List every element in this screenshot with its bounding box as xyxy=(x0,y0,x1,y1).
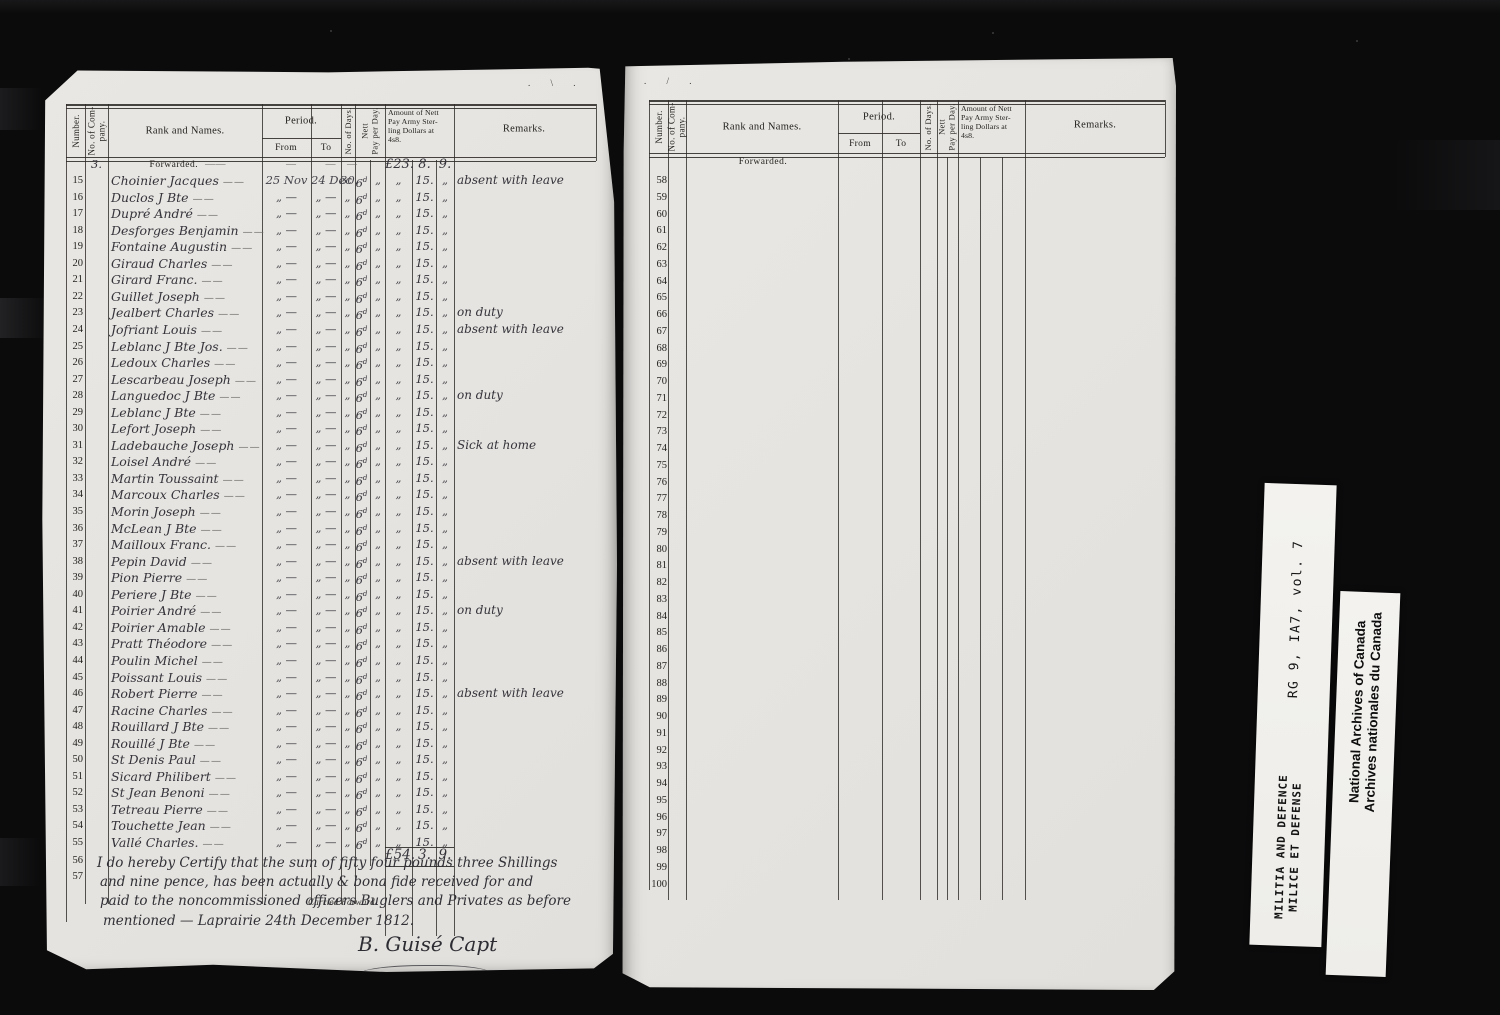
column-header-period: Period. xyxy=(285,116,317,127)
nett-pay-ditto: „ xyxy=(370,255,386,272)
period-to-cell: „ — xyxy=(311,586,341,603)
pay-row: 81 xyxy=(622,557,1176,574)
pay-row: 83 xyxy=(622,591,1176,608)
pay-row: 75 xyxy=(622,457,1176,474)
pay-row: 22 Guillet Joseph— — „ — „ — „ 6d „ „ 15… xyxy=(40,288,617,305)
period-from-cell: „ — xyxy=(262,586,311,603)
row-number: 65 xyxy=(649,289,667,306)
period-from-cell: „ — xyxy=(262,520,311,537)
amount-pence-cell: „ xyxy=(436,702,454,719)
nett-pay-ditto: „ xyxy=(370,685,386,702)
amount-shillings-cell: 15. xyxy=(412,255,437,272)
period-to-cell: „ — xyxy=(311,271,341,288)
period-divider xyxy=(838,133,920,134)
certification-line: and nine pence, has been actually & bona… xyxy=(100,874,533,890)
nett-pay-ditto: „ xyxy=(370,486,386,503)
pay-row: 68 xyxy=(622,340,1176,357)
row-number: 39 xyxy=(66,569,83,586)
row-number: 44 xyxy=(66,652,83,669)
column-header-company: No. of Com- pany. xyxy=(668,102,687,151)
amount-shillings-cell: 15. xyxy=(412,702,437,719)
pay-row: 37 Mailloux Franc.— — „ — „ — „ 6d „ „ 1… xyxy=(40,536,617,553)
pay-row: 62 xyxy=(622,239,1176,256)
film-band xyxy=(0,0,1500,14)
pay-row: 63 xyxy=(622,256,1176,273)
certification-line: I do hereby Certify that the sum of fift… xyxy=(97,855,557,871)
film-band xyxy=(1394,140,1500,210)
row-number: 30 xyxy=(66,420,83,437)
pay-row: 90 xyxy=(622,708,1176,725)
period-from-cell: „ — xyxy=(262,420,311,437)
amount-pence-cell: „ xyxy=(436,271,454,288)
nett-pay-ditto: „ xyxy=(370,404,386,421)
row-number: 60 xyxy=(649,206,667,223)
row-number: 28 xyxy=(66,387,83,404)
company-number: 3. xyxy=(85,156,108,173)
amount-pounds-cell: „ xyxy=(385,189,412,206)
pay-row: 94 xyxy=(622,775,1176,792)
row-number: 87 xyxy=(649,658,667,675)
amount-shillings: 8. xyxy=(412,156,437,173)
row-number: 93 xyxy=(649,758,667,775)
nett-pay-ditto: „ xyxy=(370,702,386,719)
certification-line: paid to the noncommissioned officers Bug… xyxy=(100,893,571,909)
amount-shillings-cell: 15. xyxy=(412,453,437,470)
row-number: 31 xyxy=(66,437,83,454)
nett-pay-ditto: „ xyxy=(370,602,386,619)
amount-shillings-cell: 15. xyxy=(412,569,437,586)
remark-cell: on duty xyxy=(457,602,597,619)
amount-pounds-cell: „ xyxy=(385,205,412,222)
nett-pay-ditto: „ xyxy=(370,569,386,586)
period-from-cell: „ — xyxy=(262,652,311,669)
column-header-nett-pay: Nett Pay per Day. xyxy=(938,103,957,150)
period-to-cell: „ — xyxy=(311,404,341,421)
row-number: 97 xyxy=(649,825,667,842)
amount-pounds-cell: „ xyxy=(385,619,412,636)
amount-pounds-cell: „ xyxy=(385,784,412,801)
pay-row: 29 Leblanc J Bte— — „ — „ — „ 6d „ „ 15.… xyxy=(40,404,617,421)
row-number: 52 xyxy=(66,784,83,801)
period-to-cell: „ — xyxy=(311,817,341,834)
pay-row: 19 Fontaine Augustin— — „ — „ — „ 6d „ „… xyxy=(40,238,617,255)
column-header-to: To xyxy=(321,143,332,153)
amount-pence-cell: „ xyxy=(436,718,454,735)
amount-pounds-cell: „ xyxy=(385,569,412,586)
ledger-left-page: . \ . Number. No. of Com- pany. Rank and… xyxy=(40,66,617,972)
pay-row: 66 xyxy=(622,306,1176,323)
column-header-number: Number. xyxy=(71,114,81,147)
row-number: 63 xyxy=(649,256,667,273)
amount-shillings-cell: 15. xyxy=(412,652,437,669)
period-to-cell: „ — xyxy=(311,470,341,487)
row-number: 53 xyxy=(66,801,83,818)
row-number: 98 xyxy=(649,842,667,859)
amount-pence-cell: „ xyxy=(436,536,454,553)
pay-row: 99 xyxy=(622,859,1176,876)
amount-pence-cell: „ xyxy=(436,222,454,239)
row-number: 58 xyxy=(649,172,667,189)
row-number: 32 xyxy=(66,453,83,470)
row-number: 64 xyxy=(649,273,667,290)
pay-row: 84 xyxy=(622,608,1176,625)
pay-row: 40 Periere J Bte— — „ — „ — „ 6d „ „ 15.… xyxy=(40,586,617,603)
row-number: 85 xyxy=(649,624,667,641)
nett-pay-ditto: „ xyxy=(370,586,386,603)
amount-pounds-cell: „ xyxy=(385,354,412,371)
row-number: 21 xyxy=(66,271,83,288)
pay-row: 16 Duclos J Bte— — „ — „ — „ 6d „ „ 15. … xyxy=(40,189,617,206)
period-to-cell: „ — xyxy=(311,338,341,355)
forwarded-label: Forwarded. xyxy=(688,154,838,171)
period-from-cell: „ — xyxy=(262,304,311,321)
signature-flourish xyxy=(360,965,490,974)
amount-pence-cell: „ xyxy=(436,371,454,388)
amount-pence-cell: „ xyxy=(436,470,454,487)
row-number: 75 xyxy=(649,457,667,474)
amount-pence-cell: „ xyxy=(436,189,454,206)
pay-row: 53 Tetreau Pierre— — „ — „ — „ 6d „ „ 15… xyxy=(40,801,617,818)
amount-shillings-cell: 15. xyxy=(412,172,437,189)
pay-row: 79 xyxy=(622,524,1176,541)
period-to-cell: „ — xyxy=(311,321,341,338)
column-header-nett-pay: Nett Pay per Day. xyxy=(361,107,380,154)
amount-shillings-cell: 15. xyxy=(412,635,437,652)
amount-pounds-cell: „ xyxy=(385,635,412,652)
table-rule xyxy=(1165,100,1166,157)
pay-row: 64 xyxy=(622,273,1176,290)
amount-pence-cell: „ xyxy=(436,453,454,470)
period-from-cell: „ — xyxy=(262,768,311,785)
amount-shillings-cell: 15. xyxy=(412,751,437,768)
period-to-cell: „ — xyxy=(311,354,341,371)
pay-row: 76 xyxy=(622,474,1176,491)
column-header-from: From xyxy=(275,143,297,153)
amount-shillings-cell: 15. xyxy=(412,718,437,735)
remark-cell: absent with leave xyxy=(457,172,597,189)
row-number: 56 xyxy=(66,852,83,869)
amount-shillings-cell: 15. xyxy=(412,486,437,503)
certification-line: mentioned — Laprairie 24th December 1812… xyxy=(103,913,414,929)
amount-pounds-cell: „ xyxy=(385,652,412,669)
amount-pounds-cell: „ xyxy=(385,304,412,321)
pay-row: 30 Lefort Joseph— — „ — „ — „ 6d „ „ 15.… xyxy=(40,420,617,437)
row-number: 49 xyxy=(66,735,83,752)
period-to-cell: „ — xyxy=(311,222,341,239)
row-number: 69 xyxy=(649,356,667,373)
nett-pay-ditto: „ xyxy=(370,321,386,338)
amount-shillings-cell: 15. xyxy=(412,784,437,801)
row-number: 45 xyxy=(66,669,83,686)
pay-row: 74 xyxy=(622,440,1176,457)
row-number: 72 xyxy=(649,407,667,424)
amount-pence-cell: „ xyxy=(436,751,454,768)
ink-marks: . \ . xyxy=(528,78,585,88)
amount-pounds-cell: „ xyxy=(385,768,412,785)
amount-pounds-cell: „ xyxy=(385,702,412,719)
period-to-cell: „ — xyxy=(311,453,341,470)
period-to-cell: „ — xyxy=(311,669,341,686)
row-number: 91 xyxy=(649,725,667,742)
row-number: 33 xyxy=(66,470,83,487)
amount-pounds-cell: „ xyxy=(385,553,412,570)
pay-row: 17 Dupré André— — „ — „ — „ 6d „ „ 15. „ xyxy=(40,205,617,222)
amount-shillings-cell: 15. xyxy=(412,387,437,404)
period-from-cell: „ — xyxy=(262,503,311,520)
period-to-cell: „ — xyxy=(311,189,341,206)
row-number: 73 xyxy=(649,423,667,440)
period-from-cell: „ — xyxy=(262,569,311,586)
amount-shillings-cell: 15. xyxy=(412,205,437,222)
national-archives-strip: National Archives of Canada Archives nat… xyxy=(1326,591,1401,977)
pay-row: 85 xyxy=(622,624,1176,641)
nett-pay-ditto: „ xyxy=(370,635,386,652)
amount-pence-cell: „ xyxy=(436,801,454,818)
row-number: 96 xyxy=(649,809,667,826)
row-number: 22 xyxy=(66,288,83,305)
period-to-cell: „ — xyxy=(311,503,341,520)
amount-pounds-cell: „ xyxy=(385,420,412,437)
amount-pence-cell: „ xyxy=(436,437,454,454)
period-from-cell: „ — xyxy=(262,271,311,288)
table-rule xyxy=(66,108,596,109)
row-number: 46 xyxy=(66,685,83,702)
period-to-cell: „ — xyxy=(311,569,341,586)
row-number: 51 xyxy=(66,768,83,785)
row-number: 54 xyxy=(66,817,83,834)
amount-shillings-cell: 15. xyxy=(412,470,437,487)
row-number: 17 xyxy=(66,205,83,222)
row-number: 50 xyxy=(66,751,83,768)
amount-shillings-cell: 15. xyxy=(412,801,437,818)
nett-pay-ditto: „ xyxy=(370,238,386,255)
amount-pence-cell: „ xyxy=(436,486,454,503)
row-number: 38 xyxy=(66,553,83,570)
row-number: 23 xyxy=(66,304,83,321)
period-to-cell: „ — xyxy=(311,801,341,818)
amount-shillings-cell: 15. xyxy=(412,735,437,752)
period-to-cell: „ — xyxy=(311,553,341,570)
pay-row: 59 xyxy=(622,189,1176,206)
pay-row: 58 xyxy=(622,172,1176,189)
period-from-cell: 25 Nov xyxy=(262,172,311,189)
amount-shillings-cell: 15. xyxy=(412,685,437,702)
amount-shillings-cell: 15. xyxy=(412,189,437,206)
ledger-right-page: . / . Number. No. of Com- pany. Rank and… xyxy=(622,58,1176,990)
pay-row: 97 xyxy=(622,825,1176,842)
row-number: 61 xyxy=(649,222,667,239)
nett-pay-ditto: „ xyxy=(370,503,386,520)
row-number: 29 xyxy=(66,404,83,421)
column-header-remarks: Remarks. xyxy=(1074,120,1116,131)
amount-pence-cell: „ xyxy=(436,420,454,437)
row-number: 90 xyxy=(649,708,667,725)
amount-pence-cell: „ xyxy=(436,304,454,321)
amount-shillings-cell: 15. xyxy=(412,338,437,355)
column-header-number: Number. xyxy=(654,110,664,143)
pay-row: 18 Desforges Benjamin— — „ — „ — „ 6d „ … xyxy=(40,222,617,239)
amount-pence-cell: „ xyxy=(436,321,454,338)
amount-pounds-cell: „ xyxy=(385,271,412,288)
film-band xyxy=(0,88,42,130)
nett-pay-ditto: „ xyxy=(370,354,386,371)
nett-pay-ditto: „ xyxy=(370,669,386,686)
pay-row: 89 xyxy=(622,691,1176,708)
row-number: 100 xyxy=(649,876,667,893)
film-speck xyxy=(330,30,332,32)
pay-row: 80 xyxy=(622,541,1176,558)
forwarded-row: 3. Forwarded. — — — — — £23. 8. 9. xyxy=(40,156,617,173)
column-header-days: No. of Days. xyxy=(923,103,933,150)
pay-row: 23 Jealbert Charles— — „ — „ — „ 6d „ „ … xyxy=(40,304,617,321)
row-number: 34 xyxy=(66,486,83,503)
amount-pence-cell: „ xyxy=(436,652,454,669)
amount-shillings-cell: 15. xyxy=(412,222,437,239)
amount-pence-cell: „ xyxy=(436,172,454,189)
pay-row: 31 Ladebauche Joseph— — „ — „ — „ 6d „ „… xyxy=(40,437,617,454)
row-number: 27 xyxy=(66,371,83,388)
archive-reference-strip: RG 9, IA7, vol. 7 MILITIA AND DEFENCE MI… xyxy=(1249,483,1336,947)
period-from-cell: „ — xyxy=(262,222,311,239)
pay-row: 69 xyxy=(622,356,1176,373)
column-header-amount: Amount of Nett Pay Army Ster- ling Dolla… xyxy=(388,108,452,144)
amount-pounds-cell: „ xyxy=(385,437,412,454)
pay-row: 21 Girard Franc.— — „ — „ — „ 6d „ „ 15.… xyxy=(40,271,617,288)
pay-row: 67 xyxy=(622,323,1176,340)
amount-pounds-cell: „ xyxy=(385,222,412,239)
pay-row: 91 xyxy=(622,725,1176,742)
period-from-cell: „ — xyxy=(262,437,311,454)
amount-pence-cell: „ xyxy=(436,669,454,686)
nett-pay-ditto: „ xyxy=(370,652,386,669)
pay-row: 52 St Jean Benoni— — „ — „ — „ 6d „ „ 15… xyxy=(40,784,617,801)
amount-pence-cell: „ xyxy=(436,602,454,619)
row-number: 74 xyxy=(649,440,667,457)
period-from-cell: „ — xyxy=(262,536,311,553)
amount-pence-cell: „ xyxy=(436,784,454,801)
row-number: 76 xyxy=(649,474,667,491)
table-rule xyxy=(66,104,596,106)
nett-pay-ditto: „ xyxy=(370,817,386,834)
nett-pay-ditto: „ xyxy=(370,271,386,288)
period-from-cell: „ — xyxy=(262,801,311,818)
pay-row: 98 xyxy=(622,842,1176,859)
pay-row: 20 Giraud Charles— — „ — „ — „ 6d „ „ 15… xyxy=(40,255,617,272)
pay-row: 78 xyxy=(622,507,1176,524)
row-number: 70 xyxy=(649,373,667,390)
period-to-cell: „ — xyxy=(311,288,341,305)
column-header-days: No. of Days. xyxy=(343,107,353,154)
column-header-to: To xyxy=(896,139,907,149)
amount-shillings-cell: 15. xyxy=(412,371,437,388)
row-number: 47 xyxy=(66,702,83,719)
nett-pay-ditto: „ xyxy=(370,222,386,239)
film-speck xyxy=(1356,40,1358,42)
pay-row: 47 Racine Charles— — „ — „ — „ 6d „ „ 15… xyxy=(40,702,617,719)
amount-pence-cell: „ xyxy=(436,685,454,702)
amount-pence-cell: „ xyxy=(436,520,454,537)
row-number: 80 xyxy=(649,541,667,558)
amount-pounds-cell: „ xyxy=(385,288,412,305)
captain-signature: B. Guisé Capt xyxy=(358,932,617,980)
nett-pay-ditto: „ xyxy=(370,768,386,785)
period-from-cell: „ — xyxy=(262,205,311,222)
amount-shillings-cell: 15. xyxy=(412,768,437,785)
pay-row: 26 Ledoux Charles— — „ — „ — „ 6d „ „ 15… xyxy=(40,354,617,371)
row-number: 94 xyxy=(649,775,667,792)
amount-pence-cell: „ xyxy=(436,635,454,652)
period-to-cell: „ — xyxy=(311,205,341,222)
period-to-cell: „ — xyxy=(311,536,341,553)
remark-cell: on duty xyxy=(457,387,597,404)
amount-pence-cell: „ xyxy=(436,238,454,255)
amount-pence-cell: „ xyxy=(436,288,454,305)
amount-shillings-cell: 15. xyxy=(412,404,437,421)
amount-pence-cell: „ xyxy=(436,619,454,636)
remark-cell: absent with leave xyxy=(457,685,597,702)
amount-pence-cell: „ xyxy=(436,503,454,520)
amount-shillings-cell: 15. xyxy=(412,669,437,686)
row-number: 88 xyxy=(649,675,667,692)
period-from-cell: „ — xyxy=(262,702,311,719)
amount-shillings-cell: 15. xyxy=(412,553,437,570)
amount-shillings-cell: 15. xyxy=(412,817,437,834)
period-from-cell: „ — xyxy=(262,238,311,255)
period-to-cell: „ — xyxy=(311,520,341,537)
amount-pounds-cell: „ xyxy=(385,718,412,735)
amount-shillings-cell: 15. xyxy=(412,619,437,636)
pay-row: 71 xyxy=(622,390,1176,407)
period-to-cell: „ — xyxy=(311,420,341,437)
remark-cell: Sick at home xyxy=(457,437,597,454)
row-number: 36 xyxy=(66,520,83,537)
pay-row: 72 xyxy=(622,407,1176,424)
nett-pay-ditto: „ xyxy=(370,735,386,752)
period-to-cell: „ — xyxy=(311,735,341,752)
row-number: 43 xyxy=(66,635,83,652)
period-from-cell: „ — xyxy=(262,255,311,272)
remark-cell: on duty xyxy=(457,304,597,321)
row-number: 92 xyxy=(649,742,667,759)
nett-pay-ditto: „ xyxy=(370,189,386,206)
amount-pounds-cell: „ xyxy=(385,503,412,520)
amount-pounds-cell: „ xyxy=(385,387,412,404)
column-header-remarks: Remarks. xyxy=(503,124,545,135)
period-to-cell: „ — xyxy=(311,635,341,652)
amount-pence-cell: „ xyxy=(436,586,454,603)
period-to-cell: „ — xyxy=(311,602,341,619)
pay-row: 92 xyxy=(622,742,1176,759)
period-from-cell: „ — xyxy=(262,718,311,735)
amount-pounds-cell: „ xyxy=(385,669,412,686)
nett-pay-ditto: „ xyxy=(370,801,386,818)
pay-row: 73 xyxy=(622,423,1176,440)
period-to-cell: „ — xyxy=(311,255,341,272)
period-dash: — xyxy=(262,156,315,173)
row-number: 42 xyxy=(66,619,83,636)
amount-pounds-cell: „ xyxy=(385,602,412,619)
pay-row: 93 xyxy=(622,758,1176,775)
amount-shillings-cell: 15. xyxy=(412,602,437,619)
period-from-cell: „ — xyxy=(262,784,311,801)
pay-row: 45 Poissant Louis— — „ — „ — „ 6d „ „ 15… xyxy=(40,669,617,686)
amount-pounds: £23. xyxy=(385,156,412,173)
period-from-cell: „ — xyxy=(262,371,311,388)
film-band xyxy=(0,838,40,886)
amount-pence-cell: „ xyxy=(436,569,454,586)
amount-pounds-cell: „ xyxy=(385,453,412,470)
amount-shillings-cell: 15. xyxy=(412,503,437,520)
